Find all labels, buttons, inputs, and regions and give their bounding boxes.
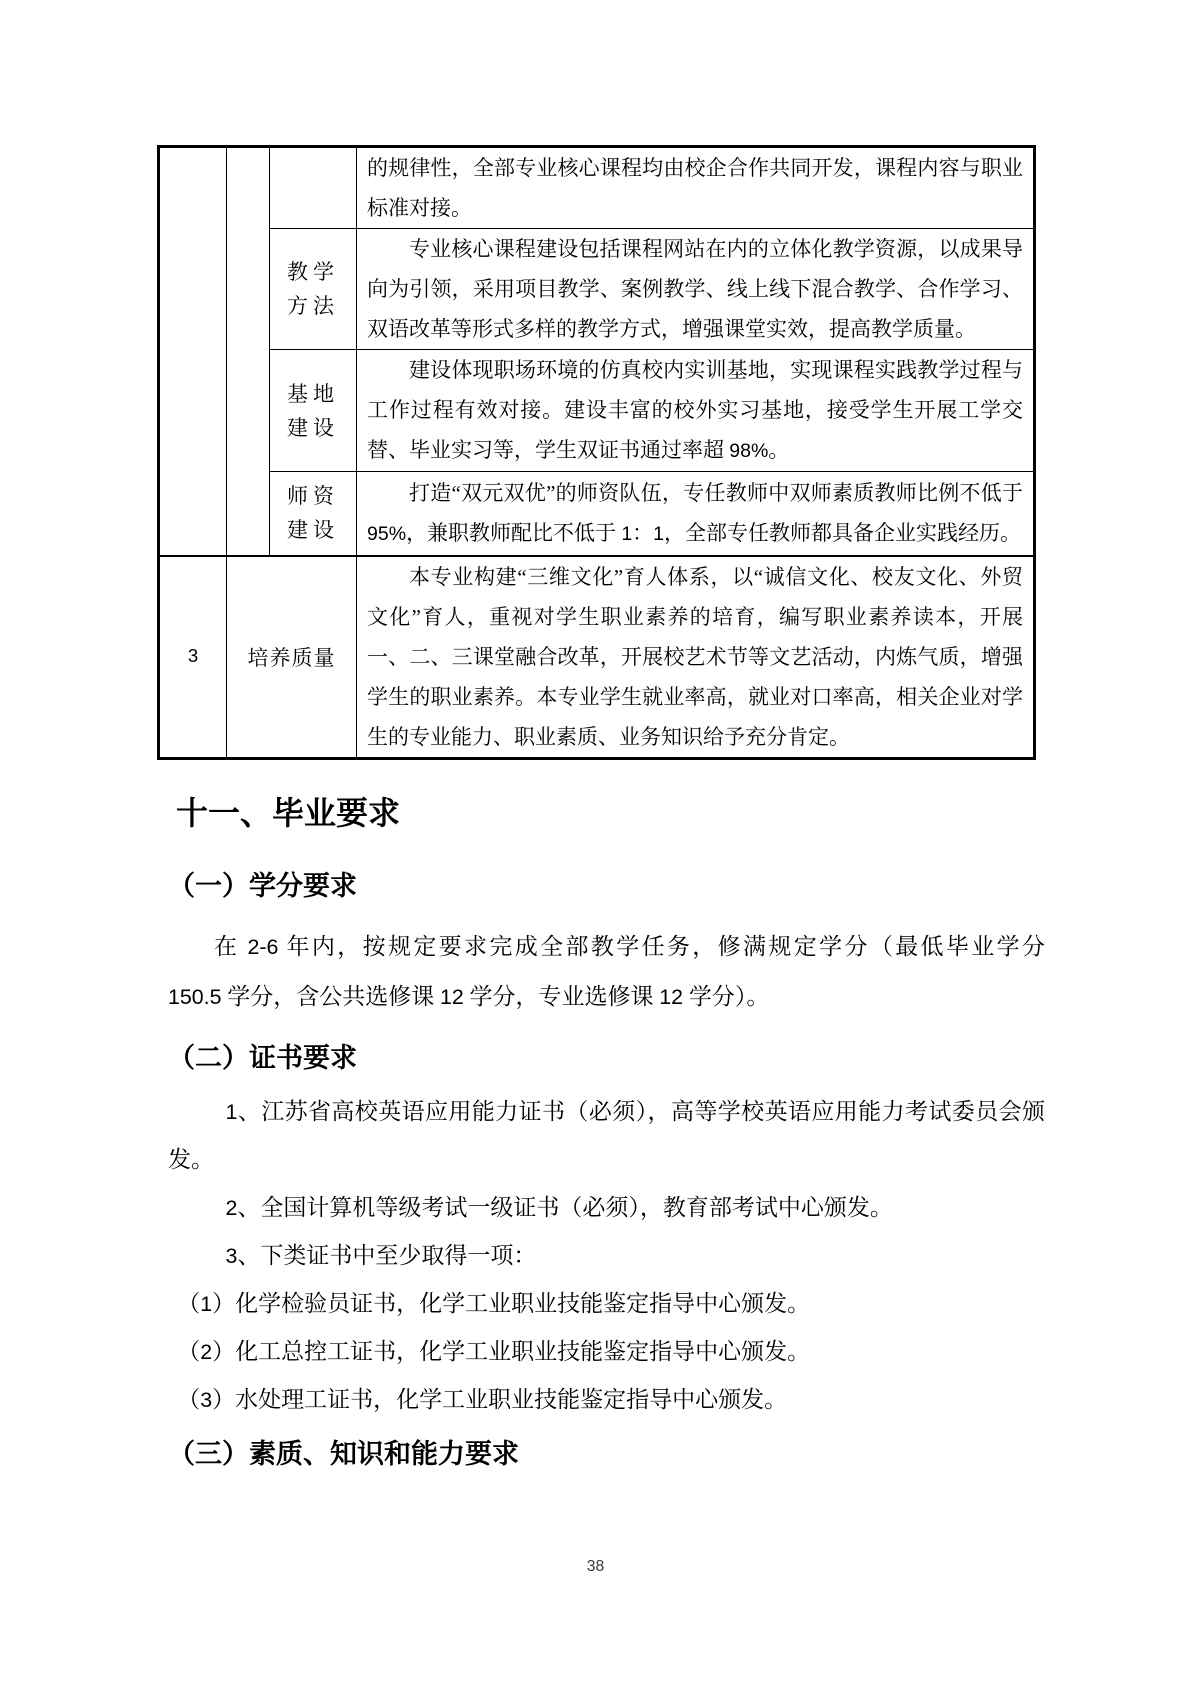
section-heading-graduation-requirements: 十一、毕业要求 xyxy=(176,788,1045,838)
cell-text: 的规律性，全部专业核心课程均由校企合作共同开发，课程内容与职业标准对接。 xyxy=(367,148,1023,228)
certificate-item: 2、全国计算机等级考试一级证书（必须），教育部考试中心颁发。 xyxy=(168,1184,1045,1232)
sub-label-cell: 师资建设 xyxy=(270,472,357,556)
training-quality-table: 的规律性，全部专业核心课程均由校企合作共同开发，课程内容与职业标准对接。 教学方… xyxy=(157,145,1036,760)
cell-faculty-construction: 打造“双元双优”的师资队伍，专任教师中双师素质教师比例不低于 95%，兼职教师配… xyxy=(357,472,1035,556)
label-base-construction: 基地建设 xyxy=(283,377,343,445)
certificate-item: 3、下类证书中至少取得一项： xyxy=(168,1232,1045,1280)
certificate-subitem: （1）化学检验员证书，化学工业职业技能鉴定指导中心颁发。 xyxy=(168,1280,1045,1328)
certificate-subitem: （3）水处理工证书，化学工业职业技能鉴定指导中心颁发。 xyxy=(168,1376,1045,1424)
table-row-training-quality: 3 培养质量 本专业构建“三维文化”育人体系，以“诚信文化、校友文化、外贸文化”… xyxy=(159,556,1035,759)
category-cell-empty xyxy=(227,147,270,556)
cell-text: 本专业构建“三维文化”育人体系，以“诚信文化、校友文化、外贸文化”育人，重视对学… xyxy=(367,557,1023,757)
row-number-cell-empty xyxy=(159,147,227,556)
cell-teaching-methods: 专业核心课程建设包括课程网站在内的立体化教学资源，以成果导向为引领，采用项目教学… xyxy=(357,229,1035,350)
row-number-cell: 3 xyxy=(159,556,227,759)
table-row: 基地建设 建设体现职场环境的仿真校内实训基地，实现课程实践教学过程与工作过程有效… xyxy=(159,350,1035,472)
cell-text: 打造“双元双优”的师资队伍，专任教师中双师素质教师比例不低于 95%，兼职教师配… xyxy=(367,473,1023,554)
table-row: 师资建设 打造“双元双优”的师资队伍，专任教师中双师素质教师比例不低于 95%，… xyxy=(159,472,1035,556)
cell-text: 专业核心课程建设包括课程网站在内的立体化教学资源，以成果导向为引领，采用项目教学… xyxy=(367,229,1023,349)
sub-label-cell-empty xyxy=(270,147,357,229)
certificate-list: 1、江苏省高校英语应用能力证书（必须），高等学校英语应用能力考试委员会颁发。 2… xyxy=(168,1088,1045,1424)
table-row: 教学方法 专业核心课程建设包括课程网站在内的立体化教学资源，以成果导向为引领，采… xyxy=(159,229,1035,350)
sub-label-cell: 基地建设 xyxy=(270,350,357,472)
subheading-certificate-requirements: （二）证书要求 xyxy=(168,1036,1045,1080)
subheading-credit-requirements: （一）学分要求 xyxy=(168,864,1045,908)
label-faculty-construction: 师资建设 xyxy=(283,479,343,547)
cell-course-continuation: 的规律性，全部专业核心课程均由校企合作共同开发，课程内容与职业标准对接。 xyxy=(357,147,1035,229)
label-teaching-methods: 教学方法 xyxy=(283,255,343,323)
table-row: 的规律性，全部专业核心课程均由校企合作共同开发，课程内容与职业标准对接。 xyxy=(159,147,1035,229)
credit-paragraph-line: 在 2-6 年内，按规定要求完成全部教学任务，修满规定学分（最低毕业学分 xyxy=(168,922,1045,972)
credit-paragraph-line: 150.5 学分，含公共选修课 12 学分，专业选修课 12 学分）。 xyxy=(168,972,1045,1022)
certificate-subitem: （2）化工总控工证书，化学工业职业技能鉴定指导中心颁发。 xyxy=(168,1328,1045,1376)
document-page: 的规律性，全部专业核心课程均由校企合作共同开发，课程内容与职业标准对接。 教学方… xyxy=(168,0,1045,1476)
sub-label-cell: 教学方法 xyxy=(270,229,357,350)
cell-training-quality: 本专业构建“三维文化”育人体系，以“诚信文化、校友文化、外贸文化”育人，重视对学… xyxy=(357,556,1035,759)
cell-base-construction: 建设体现职场环境的仿真校内实训基地，实现课程实践教学过程与工作过程有效对接。建设… xyxy=(357,350,1035,472)
subheading-quality-knowledge-ability: （三）素质、知识和能力要求 xyxy=(168,1432,1045,1476)
category-training-quality: 培养质量 xyxy=(227,556,357,759)
cell-text: 建设体现职场环境的仿真校内实训基地，实现课程实践教学过程与工作过程有效对接。建设… xyxy=(367,350,1023,471)
certificate-item: 1、江苏省高校英语应用能力证书（必须），高等学校英语应用能力考试委员会颁发。 xyxy=(168,1088,1045,1184)
page-number: 38 xyxy=(0,1556,1191,1576)
